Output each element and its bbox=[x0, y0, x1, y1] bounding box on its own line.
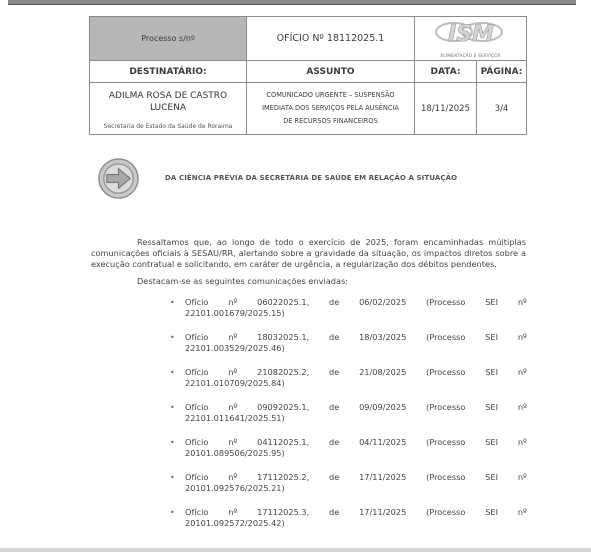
paragraph: Destacam-se as seguintes comunicações en… bbox=[91, 276, 526, 287]
logo-tagline: ALIMENTAÇÃO E SERVIÇOS bbox=[415, 53, 526, 58]
page-bottom-edge bbox=[0, 548, 591, 552]
oficio-number: OFÍCIO Nº 18112025.1 bbox=[247, 17, 415, 61]
item-line-1: Ofícionº04112025.1,de04/11/2025(Processo… bbox=[185, 437, 527, 448]
communication-item: •Ofícionº04112025.1,de04/11/2025(Process… bbox=[185, 437, 527, 472]
paragraph: Ressaltamos que, ao longo de todo o exer… bbox=[91, 237, 526, 270]
company-logo: ISM ALIMENTAÇÃO E SERVIÇOS bbox=[415, 17, 527, 61]
item-line-1: Ofícionº09092025.1,de09/09/2025(Processo… bbox=[185, 402, 527, 413]
col-data: DATA: bbox=[415, 61, 477, 83]
communication-item: •Ofícionº17112025.2,de17/11/2025(Process… bbox=[185, 472, 527, 507]
bullet: • bbox=[170, 507, 175, 518]
recipient-org: Secretaria de Estado da Saúde de Roraima bbox=[90, 123, 246, 130]
bullet: • bbox=[170, 472, 175, 483]
bullet: • bbox=[170, 402, 175, 413]
item-line-1: Ofícionº17112025.2,de17/11/2025(Processo… bbox=[185, 472, 527, 483]
communications-list: •Ofícionº06022025.1,de06/02/2025(Process… bbox=[185, 297, 527, 542]
bullet: • bbox=[170, 297, 175, 308]
col-assunto: ASSUNTO bbox=[247, 61, 415, 83]
sei-number: 20101.089506/2025.95) bbox=[185, 448, 527, 459]
recipient-name: ADILMA ROSA DE CASTRO LUCENA bbox=[90, 90, 246, 114]
communication-item: •Ofícionº09092025.1,de09/09/2025(Process… bbox=[185, 402, 527, 437]
sei-number: 22101.011641/2025.51) bbox=[185, 413, 527, 424]
section-heading: DA CIÊNCIA PRÉVIA DA SECRETÁRIA DE SAÚDE… bbox=[97, 157, 537, 203]
bullet: • bbox=[170, 437, 175, 448]
date-cell: 18/11/2025 bbox=[415, 83, 477, 135]
communication-item: •Ofícionº06022025.1,de06/02/2025(Process… bbox=[185, 297, 527, 332]
sei-number: 22101.010709/2025.84) bbox=[185, 378, 527, 389]
col-destinatario: DESTINATÁRIO: bbox=[90, 61, 247, 83]
arrow-right-circle-icon bbox=[97, 157, 140, 200]
processo-cell: Processo s/nº bbox=[90, 17, 247, 61]
sei-number: 20101.092572/2025.42) bbox=[185, 518, 527, 529]
communication-item: •Ofícionº17112025.3,de17/11/2025(Process… bbox=[185, 507, 527, 542]
bullet: • bbox=[170, 332, 175, 343]
communication-item: •Ofícionº18032025.1,de18/03/2025(Process… bbox=[185, 332, 527, 367]
sei-number: 22101.003529/2025.46) bbox=[185, 343, 527, 354]
bullet: • bbox=[170, 367, 175, 378]
page-cell: 3/4 bbox=[477, 83, 527, 135]
sei-number: 22101.001679/2025.15) bbox=[185, 308, 527, 319]
svg-text:ISM: ISM bbox=[448, 22, 494, 47]
item-line-1: Ofícionº21082025.2,de21/08/2025(Processo… bbox=[185, 367, 527, 378]
col-pagina: PÁGINA: bbox=[477, 61, 527, 83]
sei-number: 20101.092576/2025.21) bbox=[185, 483, 527, 494]
destinatario-cell: ADILMA ROSA DE CASTRO LUCENA Secretaria … bbox=[90, 83, 247, 135]
ism-logo-icon: ISM bbox=[432, 19, 510, 49]
item-line-1: Ofícionº18032025.1,de18/03/2025(Processo… bbox=[185, 332, 527, 343]
communication-item: •Ofícionº21082025.2,de21/08/2025(Process… bbox=[185, 367, 527, 402]
item-line-1: Ofícionº17112025.3,de17/11/2025(Processo… bbox=[185, 507, 527, 518]
section-title: DA CIÊNCIA PRÉVIA DA SECRETÁRIA DE SAÚDE… bbox=[165, 174, 457, 182]
assunto-cell: COMUNICADO URGENTE – SUSPENSÃO IMEDIATA … bbox=[247, 83, 415, 135]
document-header-table: Processo s/nº OFÍCIO Nº 18112025.1 ISM A… bbox=[89, 16, 527, 135]
page-top-edge bbox=[8, 0, 576, 5]
item-line-1: Ofícionº06022025.1,de06/02/2025(Processo… bbox=[185, 297, 527, 308]
